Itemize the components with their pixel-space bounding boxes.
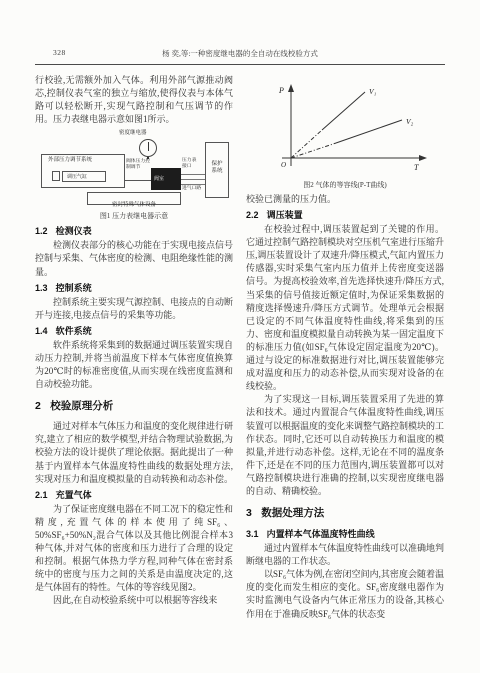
- heading-2-2: 2.2调压装置: [246, 208, 444, 222]
- heading-1-4: 1.4软件系统: [35, 324, 233, 338]
- right-column: P T O V₁ V₂ 图2 气体的等容线(P-T曲线) 校验已测量的压力值。 …: [246, 74, 444, 621]
- label-cylinder: 调压气缸: [67, 174, 87, 181]
- gauge-dial-icon: [139, 139, 157, 157]
- valve-block: 阀室: [151, 168, 181, 190]
- label-protection: 保护系统: [211, 161, 223, 174]
- two-column-body: 行校验,无需额外加入气体。利用外部气源推动阀芯,控制仪表气室的独立与缩放,使得仪…: [0, 65, 480, 621]
- paragraph: 为了保证密度继电器在不同工况下的稳定性和精度,充置气体的样本使用了纯SF₆、50…: [35, 503, 233, 595]
- heading-2-1: 2.1充置气体: [35, 488, 233, 502]
- page-number: 328: [53, 48, 66, 57]
- paragraph: 为了实现这一目标,调压装置采用了先进的算法和技术。通过内置混合气体温度特性曲线,…: [246, 393, 444, 498]
- x-axis-label: T: [414, 163, 419, 172]
- heading-3: 3数据处理方法: [246, 506, 444, 521]
- paragraph: 通过对样本气体压力和温度的变化规律进行研究,建立了相应的数学模型,并结合物理试验…: [35, 420, 233, 485]
- paragraph-continuation: 行校验,无需额外加入气体。利用外部气源推动阀芯,控制仪表气室的独立与缩放,使得仪…: [35, 74, 233, 126]
- cylinder-box: 调压气缸: [62, 171, 106, 182]
- label-density-relay: 密度继电器: [119, 130, 147, 137]
- left-column: 行校验,无需额外加入气体。利用外部气源推动阀芯,控制仪表气室的独立与缩放,使得仪…: [35, 74, 233, 621]
- figure-2-caption: 图2 气体的等容线(P-T曲线): [246, 180, 444, 190]
- figure-1: 密度继电器 外部压力调节系统 调压气缸 阀体压力控制调节 阀室 压力表接口: [35, 130, 233, 221]
- label-gauge-port: 压力表接口: [182, 158, 200, 169]
- figure-2-chart: P T O V₁ V₂: [246, 80, 444, 172]
- line-v2-label: V₂: [406, 117, 414, 126]
- heading-3-1: 3.1内置样本气体温度特性曲线: [246, 527, 444, 541]
- page-header: 328 杨 奕,等:一种密度继电器的全自动在线校验方式: [35, 48, 445, 60]
- paragraph: 控制系统主要实现气源控制、电接点的自动断开与连接,电接点信号的采集等功能。: [35, 296, 233, 322]
- label-valve-chamber: 阀室: [154, 176, 164, 183]
- label-air-inlet: 进气口路: [182, 186, 201, 193]
- paragraph: 通过内置样本气体温度特性曲线可以准确地判断继电器的工作状态。: [246, 542, 444, 568]
- piston-icon: [52, 171, 60, 181]
- paragraph: 以SF₆气体为例,在密闭空间内,其密度会随着温度的变化而发生相应的变化。SF₆密…: [246, 568, 444, 620]
- paragraph-continuation: 校验已测量的压力值。: [246, 193, 444, 206]
- paper-page: 328 杨 奕,等:一种密度继电器的全自动在线校验方式 行校验,无需额外加入气体…: [0, 0, 480, 673]
- external-pressure-system-box: 外部压力调节系统 调压气缸: [41, 154, 125, 188]
- paragraph: 在校验过程中,调压装置起到了关键的作用。它通过控制气路控制模块对空压机气室进行压…: [246, 223, 444, 393]
- pipe-1: [181, 174, 205, 175]
- y-axis-arrow-icon: [288, 84, 294, 92]
- y-axis-label: P: [278, 86, 284, 95]
- paragraph: 检测仪表部分的核心功能在于实现电接点信号控制与采集、气体密度的检测、电阻绝缘性能…: [35, 239, 233, 278]
- protection-system-box: 保护系统: [205, 142, 229, 198]
- label-sealed-device: 密封特殊气体设备: [112, 202, 156, 208]
- label-external-system: 外部压力调节系统: [48, 157, 92, 164]
- figure-1-caption: 图1 压力表继电器示意: [35, 211, 233, 221]
- figure-1-diagram: 密度继电器 外部压力调节系统 调压气缸 阀体压力控制调节 阀室 压力表接口: [35, 130, 233, 208]
- pipe-left: [125, 180, 151, 181]
- running-title: 杨 奕,等:一种密度继电器的全自动在线校验方式: [35, 48, 445, 59]
- figure-2: P T O V₁ V₂ 图2 气体的等容线(P-T曲线): [246, 80, 444, 190]
- line-v1-label: V₁: [369, 87, 377, 96]
- sealed-gas-device-box: 密封特殊气体设备: [87, 192, 181, 205]
- heading-1-2: 1.2检测仪表: [35, 224, 233, 238]
- heading-2: 2校验原理分析: [35, 399, 233, 414]
- origin-label: O: [281, 161, 286, 169]
- x-axis-arrow-icon: [419, 155, 427, 161]
- heading-1-3: 1.3控制系统: [35, 281, 233, 295]
- paragraph: 软件系统将采集到的数据通过调压装置实现自动压力控制,并将当前温度下样本气体密度值…: [35, 339, 233, 391]
- paragraph: 因此,在自动校验系统中可以根据等容线来: [35, 594, 233, 607]
- pipe-2: [181, 179, 205, 180]
- label-valve-control: 阀体压力控制调节: [126, 159, 152, 170]
